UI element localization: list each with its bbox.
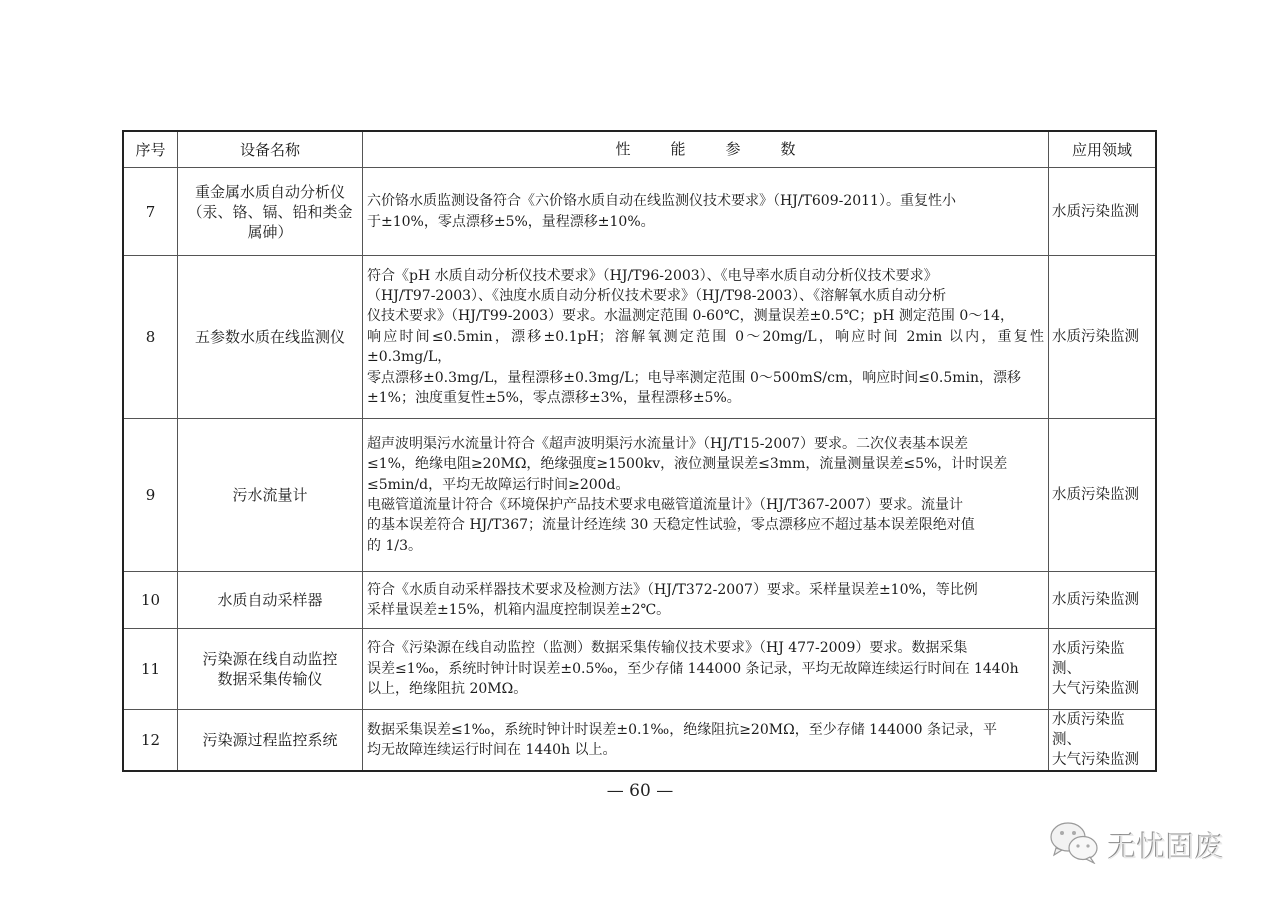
performance-line: 以上，绝缘阻抗 20MΩ。 (367, 679, 1044, 699)
performance-params: 数据采集误差≤1‰，系统时钟计时误差±0.1‰，绝缘阻抗≥20MΩ，至少存储 1… (363, 710, 1049, 772)
performance-params: 符合《pH 水质自动分析仪技术要求》（HJ/T96-2003）、《电导率水质自动… (363, 256, 1049, 419)
application-line: 水质污染监测、 (1052, 710, 1152, 750)
performance-params: 超声波明渠污水流量计符合《超声波明渠污水流量计》（HJ/T15-2007）要求。… (363, 419, 1049, 572)
performance-line: ±1%；浊度重复性±5%，零点漂移±3%，量程漂移±5%。 (367, 388, 1044, 408)
header-performance-char: 能 (670, 139, 685, 159)
performance-params: 符合《污染源在线自动监控（监测）数据采集传输仪技术要求》（HJ 477-2009… (363, 629, 1049, 710)
application-field: 水质污染监测 (1049, 419, 1157, 572)
table-row: 7 重金属水质自动分析仪 （汞、铬、镉、铅和类金 属砷） 六价铬水质监测设备符合… (123, 168, 1156, 256)
row-number: 10 (123, 572, 178, 629)
header-performance: 性能参数 (363, 131, 1049, 168)
table-row: 10 水质自动采样器 符合《水质自动采样器技术要求及检测方法》（HJ/T372-… (123, 572, 1156, 629)
row-number: 7 (123, 168, 178, 256)
table-row: 12 污染源过程监控系统 数据采集误差≤1‰，系统时钟计时误差±0.1‰，绝缘阻… (123, 710, 1156, 772)
performance-line: 的 1/3。 (367, 536, 1044, 556)
row-number: 12 (123, 710, 178, 772)
header-performance-char: 参 (726, 139, 741, 159)
application-line: 水质污染监测 (1052, 590, 1152, 610)
application-field: 水质污染监测 (1049, 256, 1157, 419)
header-performance-char: 性 (615, 139, 630, 159)
device-name: 五参数水质在线监测仪 (178, 256, 363, 419)
device-name-line: 属砷） (180, 222, 360, 242)
header-application: 应用领域 (1049, 131, 1157, 168)
table-row: 9 污水流量计 超声波明渠污水流量计符合《超声波明渠污水流量计》（HJ/T15-… (123, 419, 1156, 572)
device-name-line: 五参数水质在线监测仪 (180, 327, 360, 347)
performance-line: 数据采集误差≤1‰，系统时钟计时误差±0.1‰，绝缘阻抗≥20MΩ，至少存储 1… (367, 720, 1044, 740)
performance-line: 误差≤1‰，系统时钟计时误差±0.5‰，至少存储 144000 条记录，平均无故… (367, 659, 1044, 679)
table-header-row: 序号 设备名称 性能参数 应用领域 (123, 131, 1156, 168)
spec-table: 序号 设备名称 性能参数 应用领域 7 重金属水质自动分析仪 （汞、铬、镉、铅和… (122, 130, 1157, 772)
device-name: 水质自动采样器 (178, 572, 363, 629)
performance-line: 符合《pH 水质自动分析仪技术要求》（HJ/T96-2003）、《电导率水质自动… (367, 266, 1044, 286)
application-line: 水质污染监测 (1052, 327, 1152, 347)
watermark-text: 无忧固废 (1108, 825, 1224, 866)
application-field: 水质污染监测、 大气污染监测 (1049, 629, 1157, 710)
performance-line: 超声波明渠污水流量计符合《超声波明渠污水流量计》（HJ/T15-2007）要求。… (367, 434, 1044, 454)
header-performance-char: 数 (781, 139, 796, 159)
device-name: 污染源在线自动监控 数据采集传输仪 (178, 629, 363, 710)
row-number: 9 (123, 419, 178, 572)
device-name-line: 污染源在线自动监控 (180, 649, 360, 669)
performance-line: 符合《水质自动采样器技术要求及检测方法》（HJ/T372-2007）要求。采样量… (367, 580, 1044, 600)
performance-params: 六价铬水质监测设备符合《六价铬水质自动在线监测仪技术要求》（HJ/T609-20… (363, 168, 1049, 256)
performance-line: 的基本误差符合 HJ/T367；流量计经连续 30 天稳定性试验，零点漂移应不超… (367, 515, 1044, 535)
watermark: 无忧固废 (1048, 820, 1224, 871)
device-name-line: 污染源过程监控系统 (180, 730, 360, 750)
application-line: 大气污染监测 (1052, 679, 1152, 699)
page-number: — 60 — (0, 781, 1280, 801)
device-name-line: 水质自动采样器 (180, 590, 360, 610)
application-line: 水质污染监测、 (1052, 639, 1152, 679)
performance-params: 符合《水质自动采样器技术要求及检测方法》（HJ/T372-2007）要求。采样量… (363, 572, 1049, 629)
performance-line: ≤1%，绝缘电阻≥20MΩ，绝缘强度≥1500kv，液位测量误差≤3mm，流量测… (367, 454, 1044, 474)
application-line: 水质污染监测 (1052, 202, 1152, 222)
application-line: 水质污染监测 (1052, 485, 1152, 505)
wechat-icon (1048, 820, 1102, 871)
performance-line: 均无故障连续运行时间在 1440h 以上。 (367, 740, 1044, 760)
row-number: 11 (123, 629, 178, 710)
device-name-line: 污水流量计 (180, 485, 360, 505)
performance-line: 符合《污染源在线自动监控（监测）数据采集传输仪技术要求》（HJ 477-2009… (367, 638, 1044, 658)
device-name-line: （汞、铬、镉、铅和类金 (180, 202, 360, 222)
device-name: 污染源过程监控系统 (178, 710, 363, 772)
performance-line: 仪技术要求》（HJ/T99-2003）要求。水温测定范围 0-60℃，测量误差±… (367, 306, 1044, 326)
header-name: 设备名称 (178, 131, 363, 168)
performance-line: 采样量误差±15%，机箱内温度控制误差±2℃。 (367, 600, 1044, 620)
performance-line: 零点漂移±0.3mg/L，量程漂移±0.3mg/L；电导率测定范围 0～500m… (367, 368, 1044, 388)
performance-line: （HJ/T97-2003）、《浊度水质自动分析仪技术要求》（HJ/T98-200… (367, 286, 1044, 306)
device-name-line: 数据采集传输仪 (180, 669, 360, 689)
application-field: 水质污染监测 (1049, 572, 1157, 629)
performance-line: ≤5min/d，平均无故障运行时间≥200d。 (367, 475, 1044, 495)
header-no: 序号 (123, 131, 178, 168)
device-name: 重金属水质自动分析仪 （汞、铬、镉、铅和类金 属砷） (178, 168, 363, 256)
table-row: 8 五参数水质在线监测仪 符合《pH 水质自动分析仪技术要求》（HJ/T96-2… (123, 256, 1156, 419)
application-field: 水质污染监测 (1049, 168, 1157, 256)
device-name: 污水流量计 (178, 419, 363, 572)
row-number: 8 (123, 256, 178, 419)
performance-line: 电磁管道流量计符合《环境保护产品技术要求电磁管道流量计》（HJ/T367-200… (367, 495, 1044, 515)
device-name-line: 重金属水质自动分析仪 (180, 182, 360, 202)
application-field: 水质污染监测、 大气污染监测 (1049, 710, 1157, 772)
performance-line: 响应时间≤0.5min，漂移±0.1pH；溶解氧测定范围 0～20mg/L，响应… (367, 327, 1044, 368)
application-line: 大气污染监测 (1052, 750, 1152, 770)
performance-line: 六价铬水质监测设备符合《六价铬水质自动在线监测仪技术要求》（HJ/T609-20… (367, 191, 1044, 211)
table-row: 11 污染源在线自动监控 数据采集传输仪 符合《污染源在线自动监控（监测）数据采… (123, 629, 1156, 710)
performance-line: 于±10%，零点漂移±5%，量程漂移±10%。 (367, 212, 1044, 232)
